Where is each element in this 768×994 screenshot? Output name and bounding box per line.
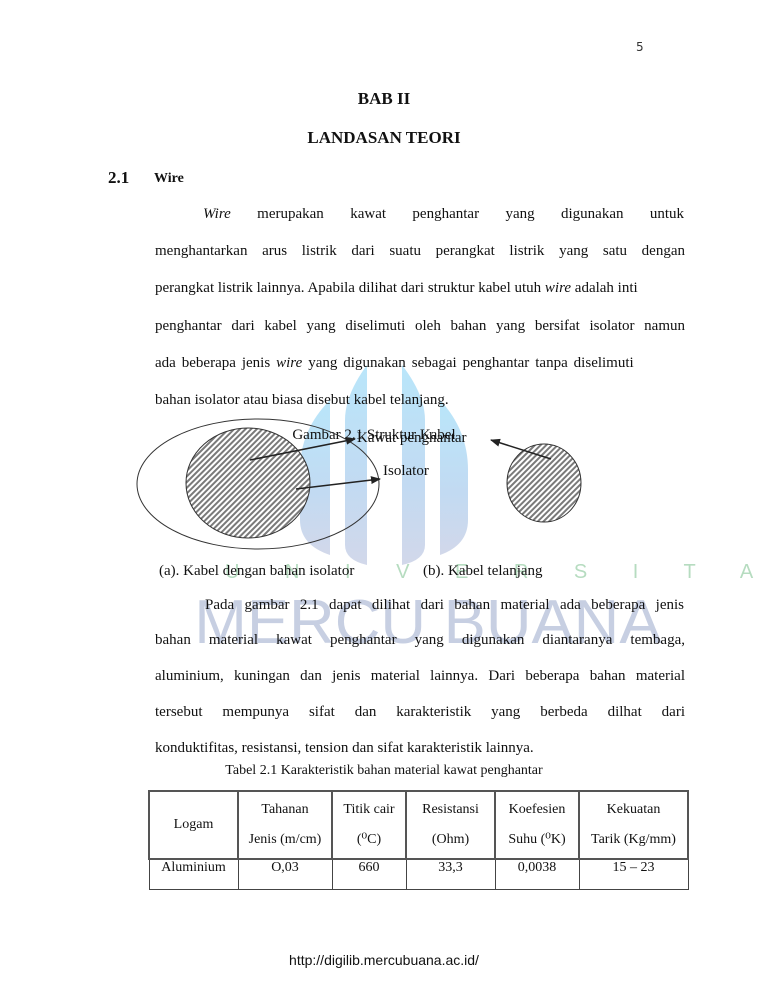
table-caption: Tabel 2.1 Karakteristik bahan material k… <box>0 763 768 779</box>
cell-koefesien: 0,0038 <box>495 859 579 889</box>
subcaption-a: (a). Kabel dengan bahan isolator <box>159 563 354 580</box>
header-tahanan: TahananJenis (m/cm) <box>238 791 332 859</box>
paragraph-line: bahan material kawat penghantar yang dig… <box>155 632 685 649</box>
cell-kekuatan: 15 – 23 <box>579 859 688 889</box>
paragraph-line: tersebut mempunya sifat dan karakteristi… <box>155 704 685 721</box>
paragraph-line: Pada gambar 2.1 dapat dilihat dari bahan… <box>205 597 684 614</box>
header-resistansi: Resistansi(Ohm) <box>406 791 495 859</box>
material-characteristics-table: Logam TahananJenis (m/cm) Titik cair(⁰C)… <box>148 790 689 890</box>
conductor-core-b <box>507 444 581 522</box>
label-insulator: Isolator <box>383 463 429 480</box>
cell-logam: Aluminium <box>149 859 238 889</box>
header-logam: Logam <box>149 791 238 859</box>
header-kekuatan: KekuatanTarik (Kg/mm) <box>579 791 688 859</box>
paragraph-line: aluminium, kuningan dan jenis material l… <box>155 668 685 685</box>
cell-resistansi: 33,3 <box>406 859 495 889</box>
cell-titik-cair: 660 <box>332 859 406 889</box>
header-titik-cair: Titik cair(⁰C) <box>332 791 406 859</box>
header-koefesien: KoefesienSuhu (⁰K) <box>495 791 579 859</box>
cell-tahanan: O,03 <box>238 859 332 889</box>
subcaption-b: (b). Kabel telanjang <box>423 563 543 580</box>
label-conductor: Kawat penghantar <box>357 430 467 447</box>
footer-url-link[interactable]: http://digilib.mercubuana.ac.id/ <box>0 952 768 968</box>
table-row: Aluminium O,03 660 33,3 0,0038 15 – 23 <box>149 859 688 889</box>
paragraph-line: konduktifitas, resistansi, tension dan s… <box>155 740 685 757</box>
table-header-row: Logam TahananJenis (m/cm) Titik cair(⁰C)… <box>149 791 688 859</box>
conductor-core-a <box>186 428 310 538</box>
